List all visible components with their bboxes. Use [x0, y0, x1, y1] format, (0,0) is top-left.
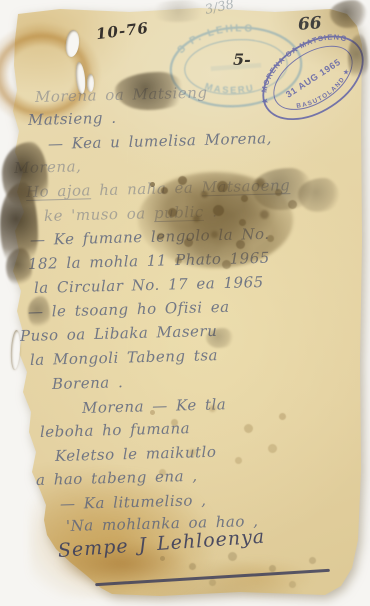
letter-line: Morena — Ke tla: [82, 395, 227, 417]
letter-line: Morena,: [14, 157, 82, 177]
letter-line: — Kea u lumelisa Morena,: [48, 129, 272, 153]
letter-line: — Ke fumane lengolo la No.: [30, 225, 270, 249]
paper-hole: [87, 74, 94, 92]
letter-line: Borena .: [52, 373, 124, 393]
letter-line: leboha ho fumana: [40, 419, 191, 441]
letter-line: Morena oa Matsieng: [35, 83, 208, 106]
letter-line: la Circular No. 17 ea 1965: [34, 273, 264, 297]
letter-line: Keletso le maikutlo: [55, 443, 217, 465]
scan-background: S P. LEHLO MASERU ★ MORENA OA MATSIENG B…: [0, 0, 370, 606]
letter-line: — le tsoang ho Ofisi ea: [28, 298, 230, 321]
letter-line: Puso oa Libaka Maseru: [20, 322, 218, 345]
letter-body: Morena oa MatsiengMatsieng .— Kea u lume…: [0, 0, 370, 606]
letter-line: 182 la mohla 11 Phato 1965: [28, 249, 270, 273]
letter-line: Matsieng .: [28, 109, 117, 129]
letter-line: ke 'muso oa public .: [44, 202, 218, 225]
letter-line: la Mongoli Tabeng tsa: [30, 346, 218, 369]
letter-line: a hao tabeng ena ,: [36, 467, 198, 489]
letter-line: — Ka litumeliso ,: [60, 491, 207, 513]
letter-line: Ho ajoa ha naha ea Matsaoeng: [26, 176, 291, 201]
